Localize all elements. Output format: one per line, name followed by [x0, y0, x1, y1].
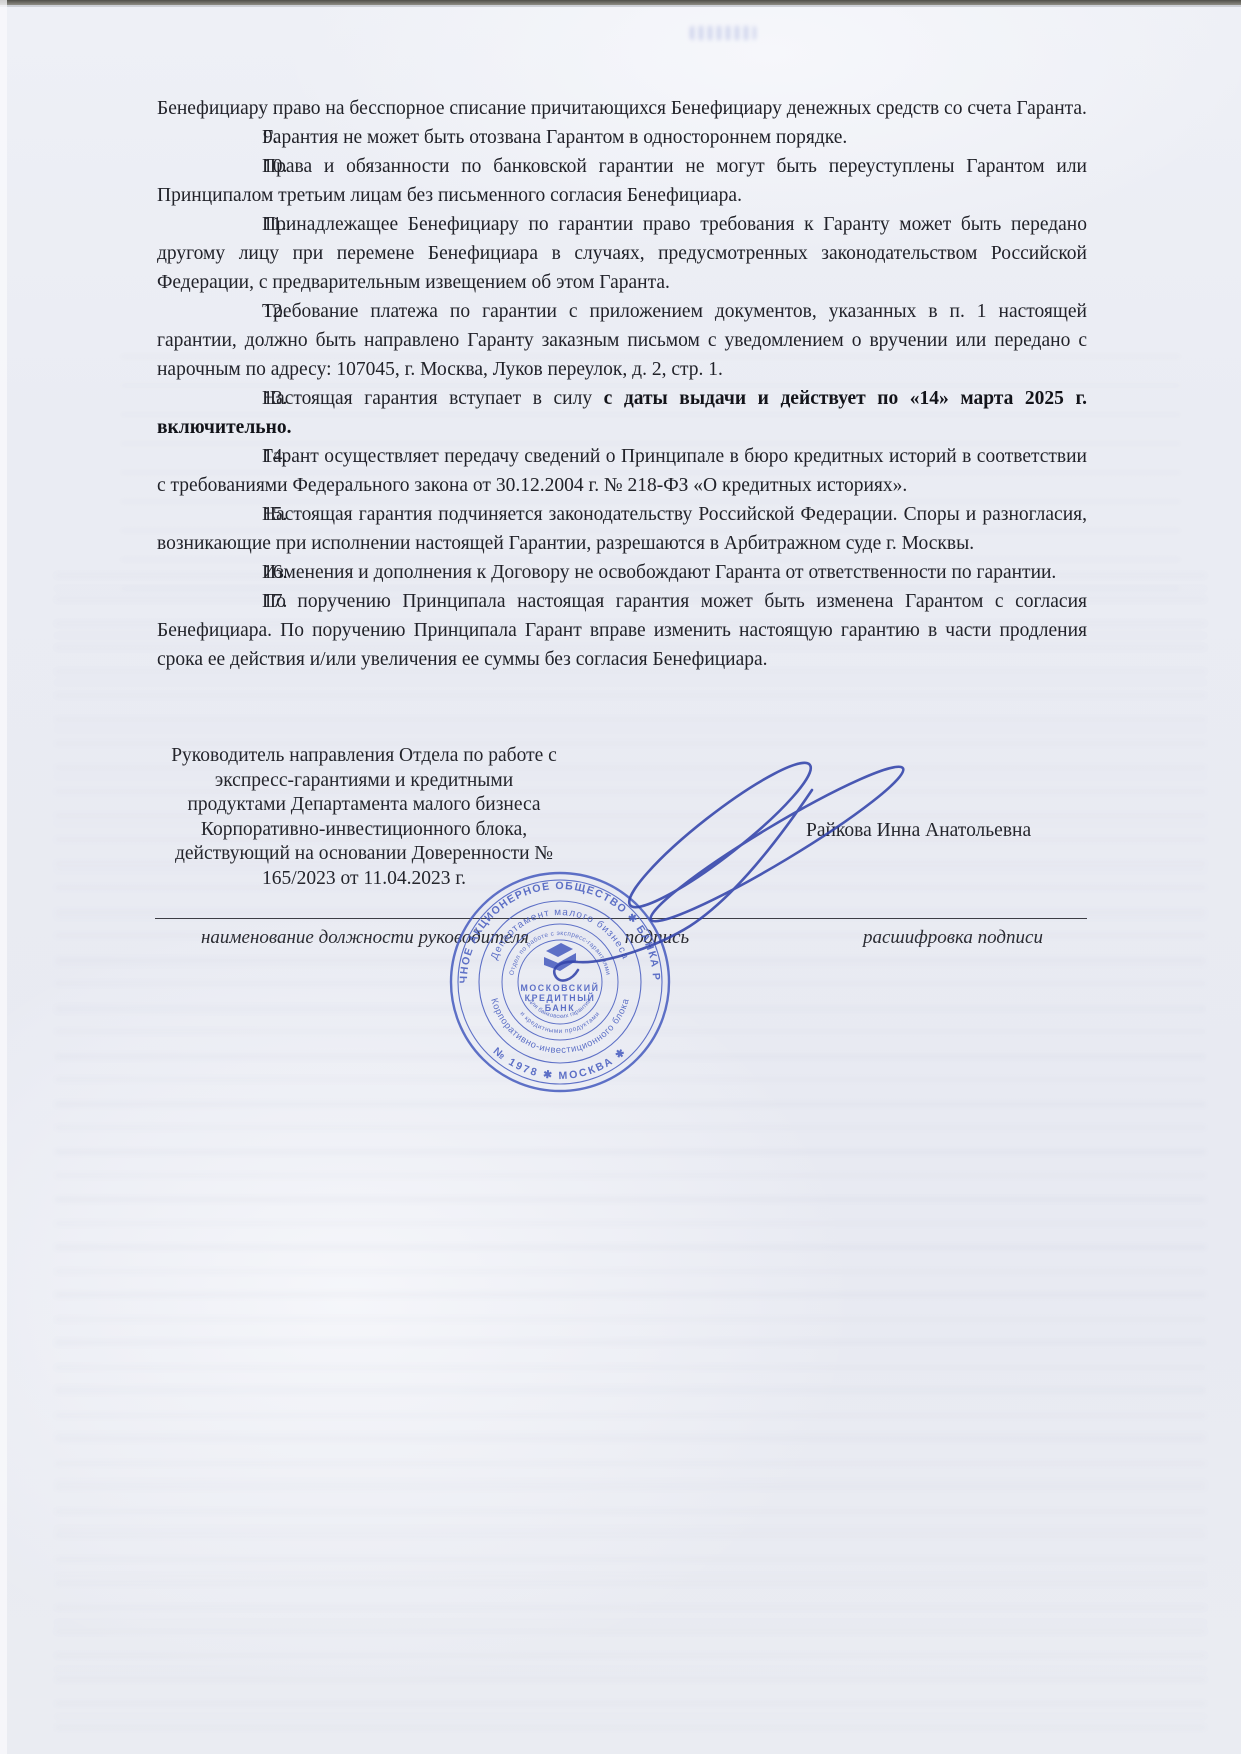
stamp-bank-name-line2: КРЕДИТНЫЙ [525, 992, 596, 1003]
caption-transcript: расшифровка подписи [848, 927, 1058, 949]
paragraph: 11.Принадлежащее Бенефициару по гарантии… [157, 210, 1087, 297]
paragraph-number: 13. [210, 384, 262, 413]
stamp-outer-circle [451, 873, 669, 1091]
paragraph: 16.Изменения и дополнения к Договору не … [157, 558, 1087, 587]
paragraph: 14.Гарант осуществляет передачу сведений… [157, 442, 1087, 500]
stamp-circle [502, 924, 618, 1040]
paragraph: 15.Настоящая гарантия подчиняется законо… [157, 500, 1087, 558]
paragraph-number: 15. [210, 500, 262, 529]
scan-edge-top-shadow [0, 5, 1241, 7]
paragraph: 9.Гарантия не может быть отозвана Гарант… [157, 123, 1087, 152]
paragraph-number: 9. [210, 123, 262, 152]
paragraph-number: 17. [210, 587, 262, 616]
stamp-bank-name-line3: БАНК [545, 1003, 575, 1013]
paragraph-text: Гарантия не может быть отозвана Гарантом… [262, 127, 847, 148]
paragraph-number: 10. [210, 152, 262, 181]
body-text: Бенефициару право на бесспорное списание… [157, 94, 1087, 674]
paragraph: 12.Требование платежа по гарантии с прил… [157, 297, 1087, 384]
scan-edge-left [0, 0, 7, 1754]
paragraph-text: Бенефициару право на бесспорное списание… [157, 98, 1087, 119]
paragraph-text: Настоящая гарантия вступает в силу [262, 388, 604, 409]
paragraph: 13.Настоящая гарантия вступает в силу с … [157, 384, 1087, 442]
paragraph-text-bold: . [287, 417, 292, 438]
paragraph-text: Права и обязанности по банковской гарант… [157, 156, 1087, 206]
bleed-through-texture [55, 560, 1206, 1729]
stamp-bank-name-line1: МОСКОВСКИЙ [520, 982, 599, 993]
paragraph: 10.Права и обязанности по банковской гар… [157, 152, 1087, 210]
paragraph: 17.По поручению Принципала настоящая гар… [157, 587, 1087, 674]
scanned-document-page: { "document": { "paragraphs": [ {"number… [0, 0, 1241, 1754]
faint-ink-smudge [690, 26, 756, 40]
bank-logo-icon [544, 943, 576, 971]
paragraph-text: Принадлежащее Бенефициару по гарантии пр… [157, 214, 1087, 293]
paragraph-text: По поручению Принципала настоящая гарант… [157, 591, 1087, 670]
paragraph-number: 11. [210, 210, 262, 239]
paragraph-number: 16. [210, 558, 262, 587]
paragraph-text: Изменения и дополнения к Договору не осв… [262, 562, 1056, 583]
signer-name: Райкова Инна Анатольевна [806, 820, 1066, 842]
paragraph-text: Гарант осуществляет передачу сведений о … [157, 446, 1087, 496]
paragraph-text: Требование платежа по гарантии с приложе… [157, 301, 1087, 380]
stamp-circle [479, 901, 641, 1063]
paragraph-text: Настоящая гарантия подчиняется законодат… [157, 504, 1087, 554]
paragraph: Бенефициару право на бесспорное списание… [157, 94, 1087, 123]
paragraph-number: 14. [210, 442, 262, 471]
bank-stamp: ПУБЛИЧНОЕ АКЦИОНЕРНОЕ ОБЩЕСТВО ✱ БАНКА Р… [444, 866, 676, 1098]
paragraph-number: 12. [210, 297, 262, 326]
